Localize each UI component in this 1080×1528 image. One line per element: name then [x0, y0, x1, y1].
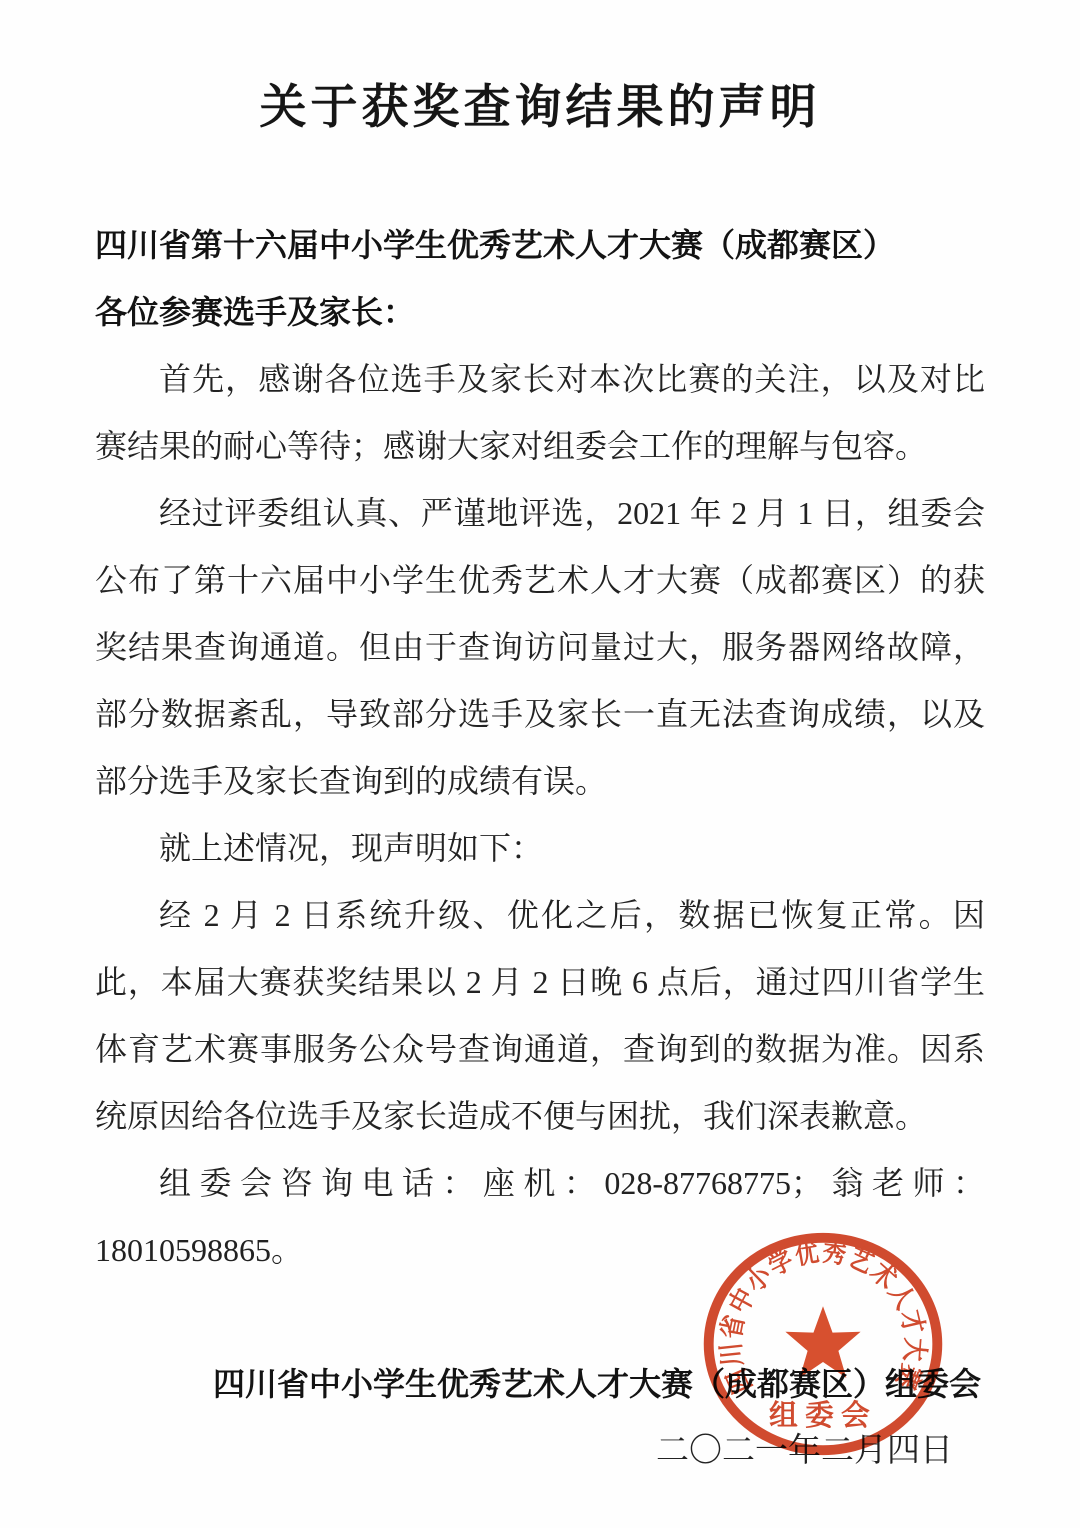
paragraph-thanks: 首先，感谢各位选手及家长对本次比赛的关注，以及对比赛结果的耐心等待；感谢大家对组… — [95, 346, 985, 480]
paragraph-issue-description: 经过评委组认真、严谨地评选，2021 年 2 月 1 日，组委会公布了第十六届中… — [95, 480, 985, 815]
salutation: 各位参赛选手及家长： — [95, 279, 985, 346]
document-body: 四川省第十六届中小学生优秀艺术人才大赛（成都赛区） 各位参赛选手及家长： 首先，… — [95, 212, 985, 1485]
date-line: 二〇二一年二月四日 — [95, 1418, 985, 1485]
competition-heading: 四川省第十六届中小学生优秀艺术人才大赛（成都赛区） — [95, 212, 985, 279]
signature-line: 四川省中小学生优秀艺术人才大赛（成都赛区）组委会 — [95, 1351, 985, 1418]
paragraph-resolution: 经 2 月 2 日系统升级、优化之后，数据已恢复正常。因此，本届大赛获奖结果以 … — [95, 882, 985, 1150]
paragraph-statement-intro: 就上述情况，现声明如下： — [95, 815, 985, 882]
contact-line: 组委会咨询电话：座机：028-87768775；翁老师：18010598865。 — [95, 1150, 985, 1284]
document-page: 关于获奖查询结果的声明 四川省第十六届中小学生优秀艺术人才大赛（成都赛区） 各位… — [0, 0, 1080, 1528]
document-title: 关于获奖查询结果的声明 — [95, 78, 985, 138]
